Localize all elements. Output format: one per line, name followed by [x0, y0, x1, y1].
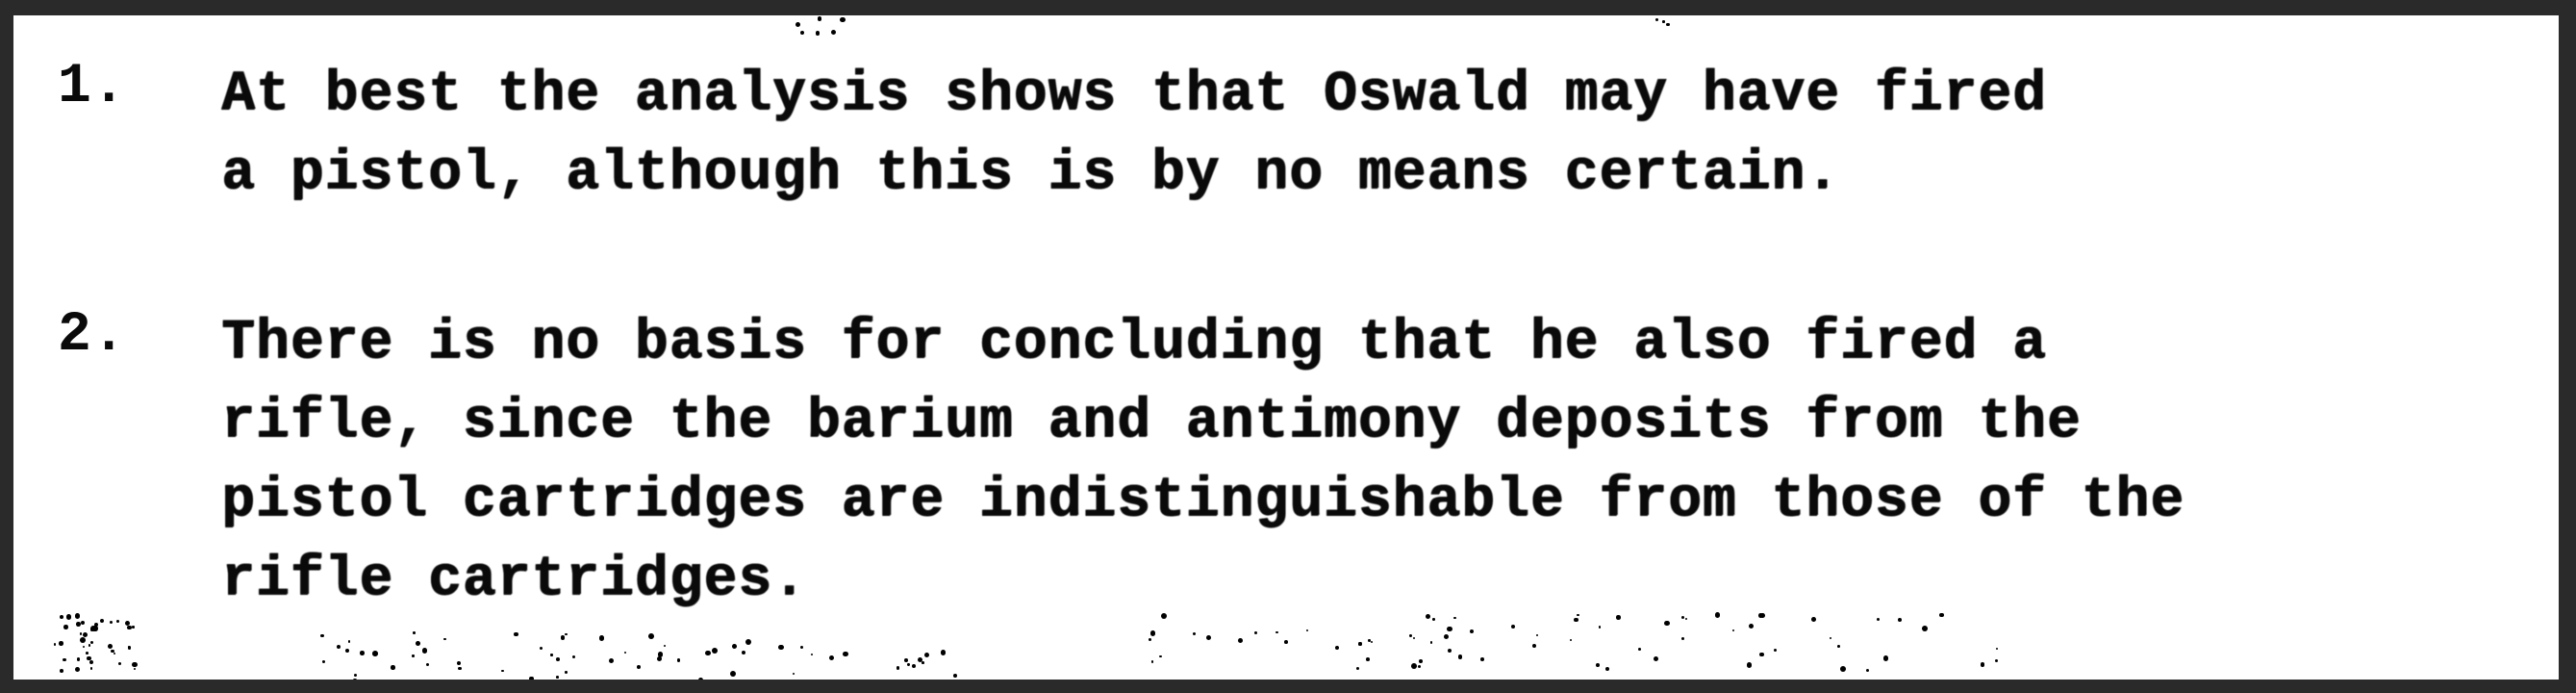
text-line: a pistol, although this is by no means c…: [221, 135, 2047, 214]
text-line: rifle cartridges.: [221, 541, 2185, 620]
paragraph-text: At best the analysis shows that Oswald m…: [221, 56, 2047, 214]
text-line: pistol cartridges are indistinguishable …: [221, 462, 2185, 541]
text-line: At best the analysis shows that Oswald m…: [221, 56, 2047, 135]
paragraph-text: There is no basis for concluding that he…: [221, 304, 2185, 620]
paragraph-number: 2.: [58, 304, 127, 367]
text-line: There is no basis for concluding that he…: [221, 304, 2185, 383]
text-line: rifle, since the barium and antimony dep…: [221, 383, 2185, 462]
scanned-document-page: 1. At best the analysis shows that Oswal…: [13, 15, 2559, 680]
paragraph-number: 1.: [58, 56, 127, 118]
